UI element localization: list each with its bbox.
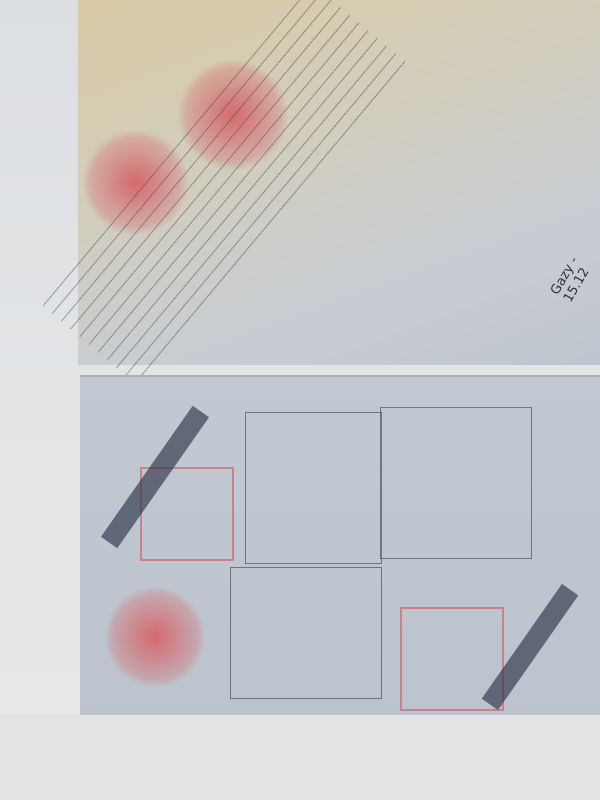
passport-page-bottom bbox=[80, 375, 600, 717]
red-round-stamp bbox=[105, 587, 205, 687]
exit-stamp bbox=[230, 567, 382, 699]
passport-page-top: Gazy - 15.12 bbox=[78, 0, 600, 365]
handwritten-note: Gazy - 15.12 bbox=[548, 245, 600, 305]
entry-stamp bbox=[380, 407, 532, 559]
entry-stamp bbox=[245, 412, 382, 564]
table-surface bbox=[0, 715, 600, 800]
